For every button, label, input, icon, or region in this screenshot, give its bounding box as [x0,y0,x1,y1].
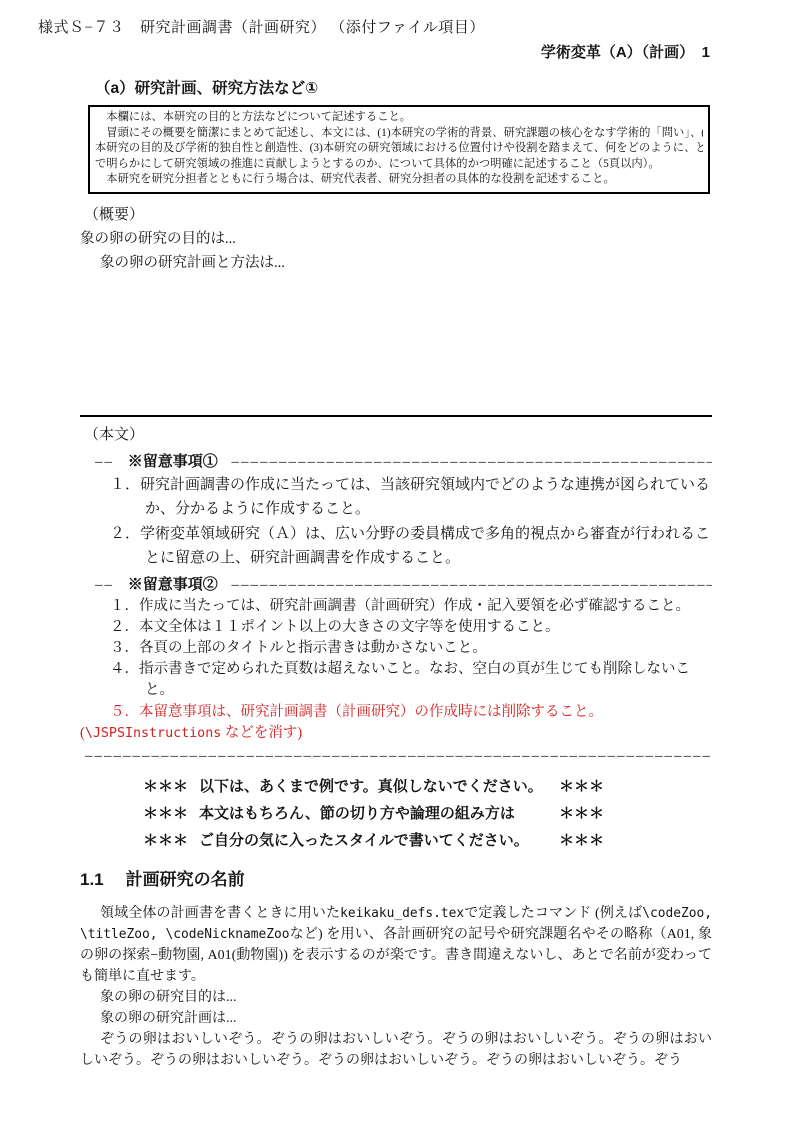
notice2-label: ※留意事項② [128,577,218,593]
paragraph-text: 領域全体の計画書を書くときに用いた [100,906,340,921]
page-content: （a）研究計画、研究方法など① 本欄には、本研究の目的と方法などについて記述する… [80,78,712,1071]
separator: , [704,906,712,921]
filler-paragraph: ぞうの卵はおいしいぞう。ぞうの卵はおいしいぞう。ぞうの卵はおいしいぞう。ぞうの卵… [80,1029,712,1071]
subsection-number: 1.1 [80,870,104,889]
instruction-line: 本研究を研究分担者とともに行う場合は、研究代表者、研究分担者の具体的な役割を記述… [95,172,703,188]
notice2-item: ４．指示書きで定められた頁数は超えないこと。なお、空白の頁が生じても削除しないこ… [110,659,712,701]
stars-left: ＊＊＊ [143,827,199,854]
separator: , [150,927,166,942]
red-note-text: などを消す) [221,725,302,741]
example-note-line: ご自分の気に入ったスタイルで書いてください。 [199,827,559,854]
page-label-header: 学術変革（A）（計画） 1 [541,41,710,62]
section-divider-rule [80,415,712,417]
stars-right: ＊＊＊ [559,773,615,800]
notice1-header: –– ※留意事項① ––––––––––––––––––––––––––––––… [95,451,712,473]
subsection-1-1-heading: 1.1計画研究の名前 [80,868,712,892]
notice2-item-delete-note: ５．本留意事項は、研究計画調書（計画研究）の作成時には削除すること。(\JSPS… [80,702,712,744]
main-text-label: （本文） [84,424,712,447]
latex-file-keikaku-defs: keikaku_defs.tex [340,906,464,921]
stars-left: ＊＊＊ [143,773,199,800]
section-a-title: （a）研究計画、研究方法など① [95,78,712,100]
research-plan-line: 象の卵の研究計画は... [80,1008,712,1029]
dash-suffix: ––––––––––––––––––––––––––––––––––––––––… [232,577,712,593]
instruction-line: 本欄には、本研究の目的と方法などについて記述すること。 [95,110,703,126]
stars-left: ＊＊＊ [143,800,199,827]
dash-prefix: –– [95,577,114,593]
notice2-item: １．作成に当たっては、研究計画調書（計画研究）作成・記入要領を必ず確認すること。 [110,596,712,617]
overview-label: （概要） [84,203,712,227]
research-purpose-line: 象の卵の研究目的は... [80,987,712,1008]
example-note-line: 本文はもちろん、節の切り方や論理の組み方は [199,800,559,827]
instruction-line: 冒頭にその概要を簡潔にまとめて記述し、本文には、(1)本研究の学術的背景、研究課… [95,126,703,142]
instruction-line: で明らかにして研究領域の推進に貢献しようとするのか、について具体的かつ明確に記述… [95,157,703,173]
dash-prefix: –– [95,454,114,470]
example-note-row: ＊＊＊ ご自分の気に入ったスタイルで書いてください。 ＊＊＊ [143,827,712,854]
document-page: 様式Ｓ−７３ 研究計画調書（計画研究） （添付ファイル項目） 学術変革（A）（計… [0,0,794,1123]
notice1-item: １．研究計画調書の作成に当たっては、当該研究領域内でどのような連携が図られている… [110,473,712,522]
notice1-list: １．研究計画調書の作成に当たっては、当該研究領域内でどのような連携が図られている… [80,473,712,571]
latex-command-codenicknamezoo: \codeNicknameZoo [165,927,289,942]
instruction-line: 本研究の目的及び学術的独自性と創造性、(3)本研究の研究領域における位置付けや役… [95,141,703,157]
form-id-header: 様式Ｓ−７３ 研究計画調書（計画研究） （添付ファイル項目） [38,16,485,37]
example-note-row: ＊＊＊ 本文はもちろん、節の切り方や論理の組み方は ＊＊＊ [143,800,712,827]
paragraph-text: で定義したコマンド (例えば [464,906,642,921]
notice2-list: １．作成に当たっては、研究計画調書（計画研究）作成・記入要領を必ず確認すること。… [80,596,712,744]
latex-command-titlezoo: \titleZoo [80,927,150,942]
overview-purpose-line: 象の卵の研究の目的は... [80,227,712,251]
dashed-separator: ––––––––––––––––––––––––––––––––––––––––… [85,746,712,767]
notice1-label: ※留意事項① [128,454,218,470]
subsection-paragraph: 領域全体の計画書を書くときに用いたkeikaku_defs.texで定義したコマ… [80,903,712,987]
notice2-header: –– ※留意事項② ––––––––––––––––––––––––––––––… [95,574,712,596]
example-note-row: ＊＊＊ 以下は、あくまで例です。真似しないでください。 ＊＊＊ [143,773,712,800]
stars-right: ＊＊＊ [559,800,615,827]
dash-suffix: ––––––––––––––––––––––––––––––––––––––––… [232,454,712,470]
example-note: ＊＊＊ 以下は、あくまで例です。真似しないでください。 ＊＊＊ ＊＊＊ 本文はも… [80,773,712,854]
example-note-line: 以下は、あくまで例です。真似しないでください。 [199,773,559,800]
overview-plan-line: 象の卵の研究計画と方法は... [80,251,712,275]
notice2-item: ２．本文全体は１１ポイント以上の大きさの文字等を使用すること。 [110,617,712,638]
notice1-item: ２．学術変革領域研究（Ａ）は、広い分野の委員構成で多角的視点から審査が行われるこ… [110,522,712,571]
subsection-title: 計画研究の名前 [126,870,245,889]
instruction-box: 本欄には、本研究の目的と方法などについて記述すること。 冒頭にその概要を簡潔にま… [88,105,710,194]
latex-command-jspsinstructions: \JSPSInstructions [85,726,221,741]
stars-right: ＊＊＊ [559,827,615,854]
notice2-item: ３．各頁の上部のタイトルと指示書きは動かさないこと。 [110,638,712,659]
latex-command-codezoo: \codeZoo [642,906,704,921]
